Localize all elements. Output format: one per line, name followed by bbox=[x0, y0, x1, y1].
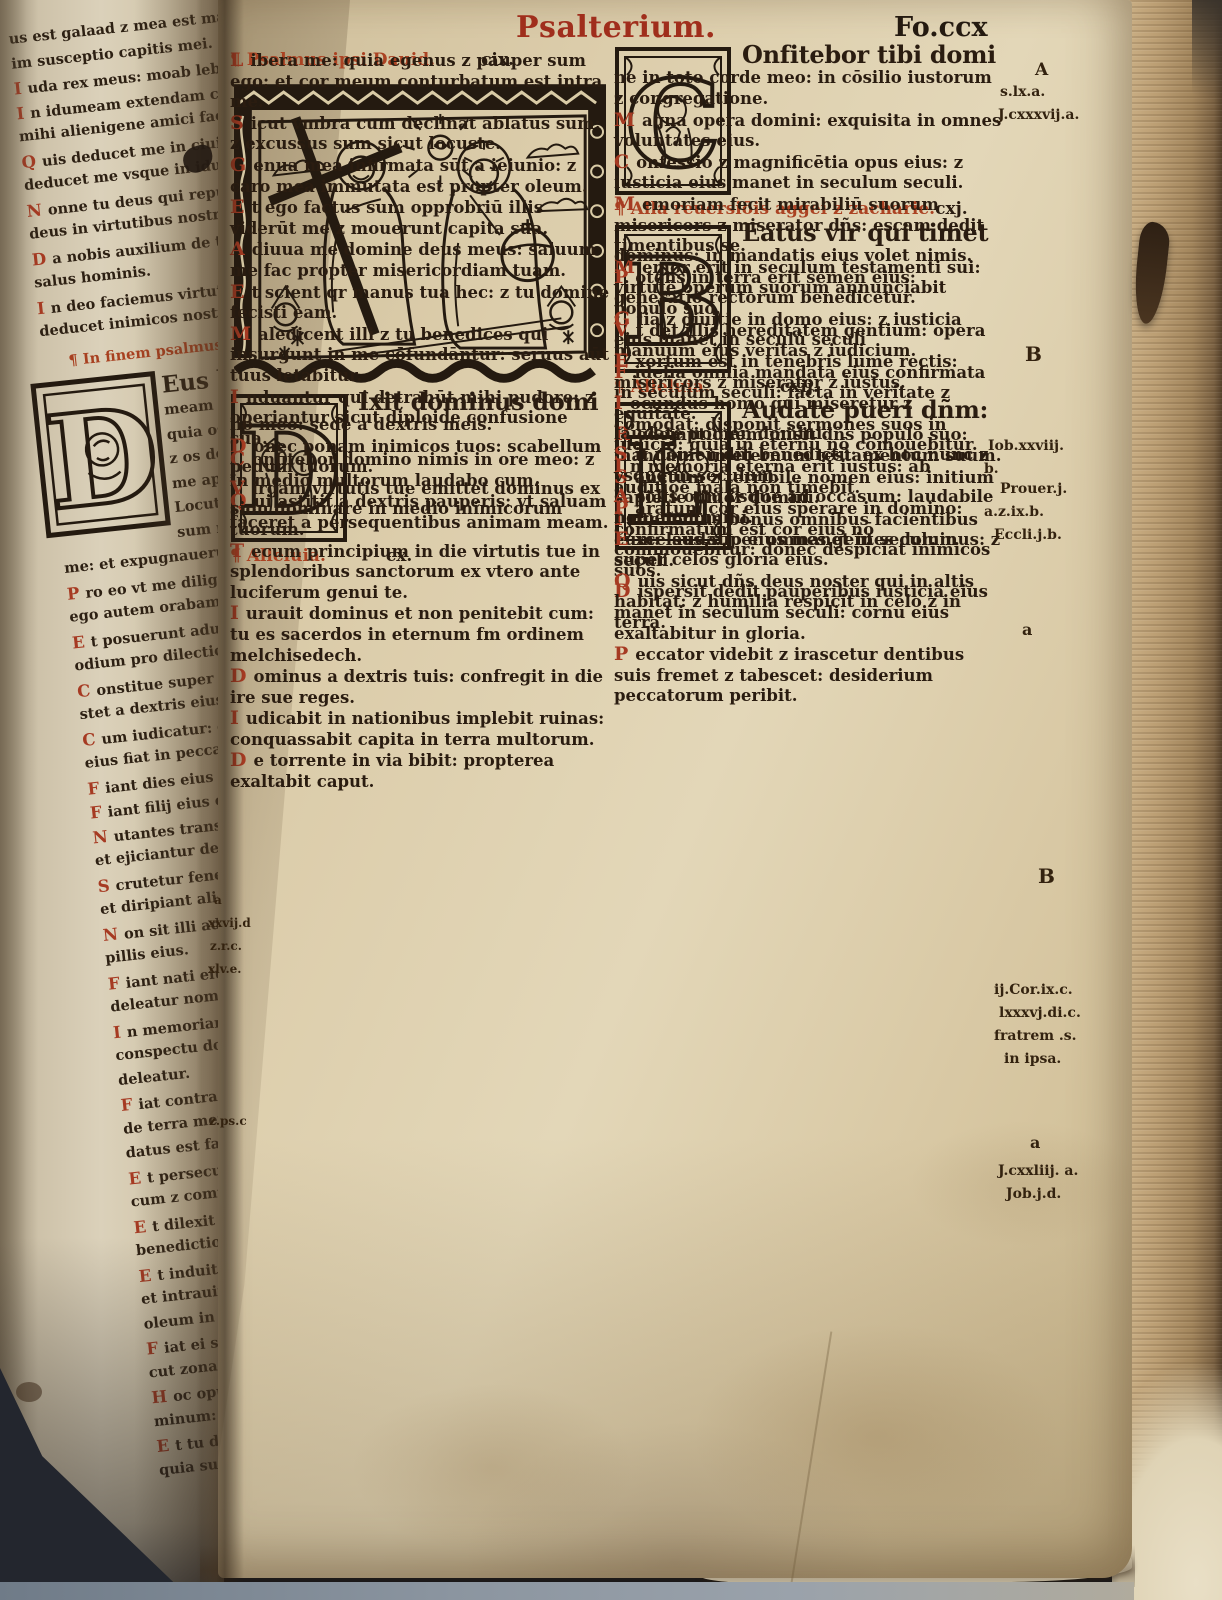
psalm-verse: Quis sicut dñs deus noster qui in altis … bbox=[614, 571, 1002, 634]
stain-spot bbox=[16, 1382, 42, 1402]
bottom-fade-shadow bbox=[0, 0, 224, 1586]
psalm-verse: ne in toto corde meo: in cōsilio iustoru… bbox=[614, 68, 1002, 109]
parchment-crease bbox=[790, 1331, 833, 1588]
psalm-verse: Excelsus super omnes gentes dominus: z s… bbox=[614, 529, 1002, 571]
psalm-verse: Magna opera domini: exquisita in omnes v… bbox=[614, 110, 1002, 152]
psalm-verse: Maledicent illi z tu benedices qui insur… bbox=[230, 324, 610, 387]
psalm-verse: Iurauit dominus et non penitebit cum: tu… bbox=[230, 603, 610, 666]
main-page: Psalterium. Fo.ccx Libera me: quia egenu… bbox=[218, 0, 1132, 1578]
folio-number: Fo.ccx bbox=[894, 12, 988, 43]
psalm-verse: Dominus a dextris tuis: confregit in die… bbox=[230, 666, 610, 708]
running-title: Psalterium. bbox=[516, 10, 716, 45]
right-column: C Onfitebor tibi domi ne in toto corde m… bbox=[614, 42, 1002, 554]
psalm-verse: Sicut vmbra cum declinat ablatus sum: z … bbox=[230, 113, 610, 155]
book-fore-edge bbox=[1122, 0, 1222, 1600]
psalm-verse: no meo: sede a dextris meis. bbox=[230, 415, 610, 436]
psalm-verse: Asolis ortu vsque ad occasum: laudabile … bbox=[614, 486, 1002, 528]
psalm-verse: laudate nomen domini. bbox=[614, 424, 1002, 445]
psalm-verse: Adiuua me domine deus meus: saluum me fa… bbox=[230, 239, 610, 281]
psalm-verse: Libera me: quia egenus z pauper sum ego:… bbox=[230, 50, 610, 113]
psalm-verse: Et ego factus sum opprobriū illis viderū… bbox=[230, 197, 610, 239]
psalm-verse: Et scient qr manus tua hec: z tu domine … bbox=[230, 282, 610, 324]
psalm-verse: Sit nomen dñi benedictū: ex hoc nunc z v… bbox=[614, 444, 1002, 486]
left-page: D us est galaad z mea est manasses: et e… bbox=[0, 0, 224, 1586]
psalm-verse: Glia z diuitie in domo eius: z iusticia … bbox=[614, 309, 1002, 351]
psalm-verse: Confessio z magnificētia opus eius: z iu… bbox=[614, 152, 1002, 194]
psalm-verse: Peccator videbit z irascetur dentibus su… bbox=[614, 644, 1002, 707]
book-photo: D us est galaad z mea est manasses: et e… bbox=[0, 0, 1222, 1600]
fore-edge-shadow bbox=[1192, 0, 1222, 120]
psalm-verse: Donec ponam inimicos tuos: scabellum ped… bbox=[230, 436, 610, 478]
psalm-verse: De torrente in via bibit: propterea exal… bbox=[230, 750, 610, 792]
psalm-verse: Exortum est in tenebris lumē rectis: mis… bbox=[614, 351, 1002, 393]
psalm-verse: Tecum principium in die virtutis tue in … bbox=[230, 541, 610, 604]
psalm-verse: Virgam virtutis tue emittet dominus ex s… bbox=[230, 478, 610, 541]
psalm-verse: Potens in terra erit semen eius: generat… bbox=[614, 267, 1002, 309]
psalm-verse: dominus: in mandatis eius volet nimis. bbox=[614, 246, 1002, 267]
psalm-verse: Iudicabit in nationibus implebit ruinas:… bbox=[230, 708, 610, 750]
table-edge bbox=[0, 1582, 1134, 1600]
left-column: Libera me: quia egenus z pauper sum ego:… bbox=[230, 50, 610, 566]
psalm-110-block: C Onfitebor tibi domi ne in toto corde m… bbox=[614, 42, 1002, 199]
psalm-verse: Genua mea infirmata sūt a ieiunio: z car… bbox=[230, 155, 610, 197]
